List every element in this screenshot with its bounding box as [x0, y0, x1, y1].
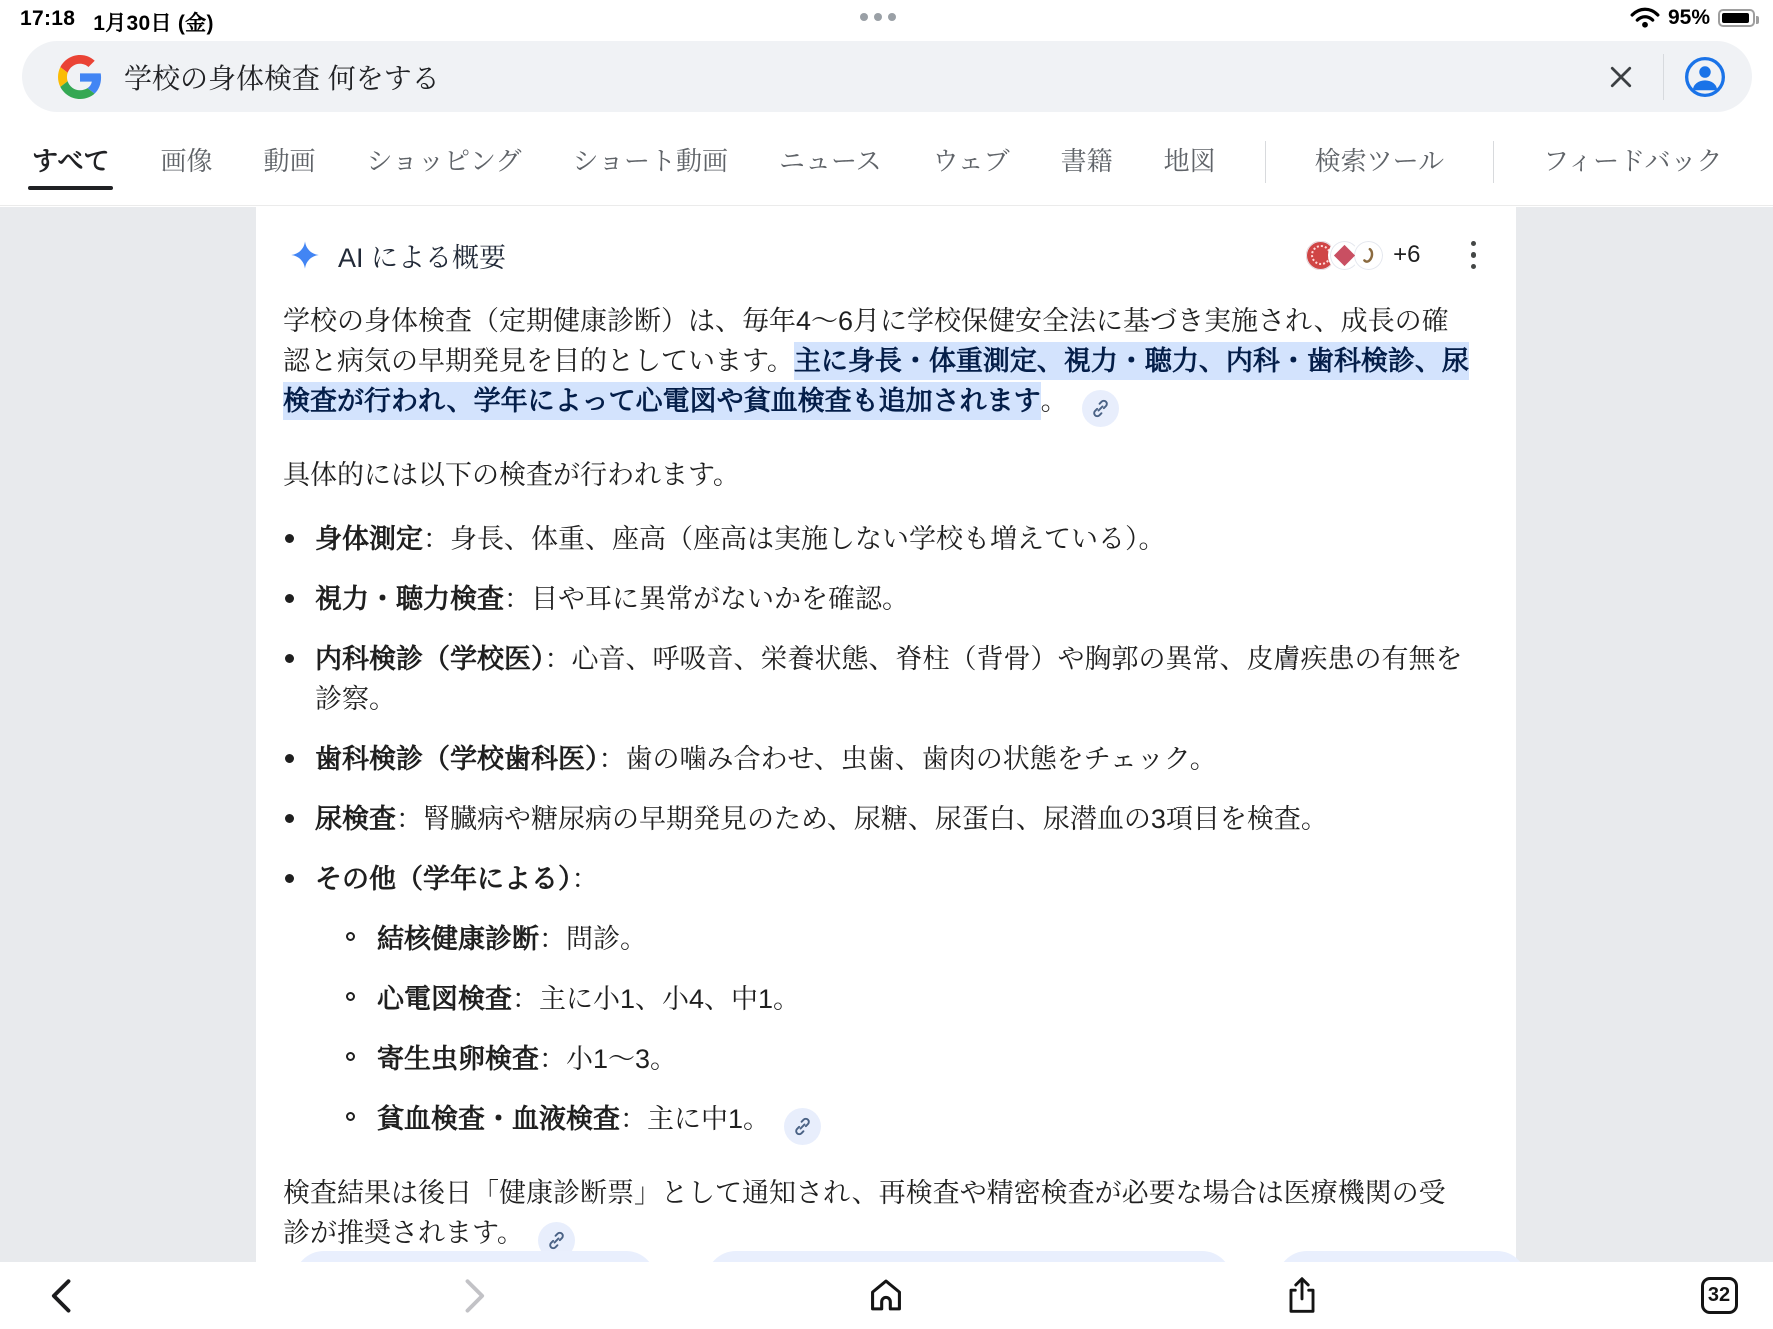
- wifi-icon: [1630, 7, 1660, 29]
- multitask-dots-icon[interactable]: [860, 13, 896, 21]
- list-item: 内科検診（学校医）：心音、呼吸音、栄養状態、脊柱（背骨）や胸郭の異常、皮膚疾患の…: [283, 639, 1470, 719]
- battery-icon: [1718, 9, 1755, 27]
- tab-all[interactable]: すべて: [30, 121, 111, 202]
- home-icon[interactable]: [861, 1270, 911, 1320]
- exam-list: 身体測定：身長、体重、座高（座高は実施しない学校も増えている）。 視力・聴力検査…: [283, 519, 1470, 1145]
- search-input[interactable]: 学校の身体検査 何をする: [22, 41, 1752, 112]
- ai-overview-intro: 学校の身体検査（定期健康診断）は、毎年4〜6月に学校保健安全法に基づき実施され、…: [283, 301, 1470, 427]
- hollow-bullet-icon: [346, 932, 355, 941]
- list-item: 寄生虫卵検査：小1〜3。: [345, 1039, 1470, 1079]
- bullet-icon: [285, 874, 294, 883]
- bullet-icon: [285, 534, 294, 543]
- battery-percent: 95%: [1668, 6, 1710, 30]
- sub-exam-list: 結核健康診断：問診。 心電図検査：主に小1、小4、中1。 寄生虫卵検査：小1〜3…: [345, 919, 1470, 1145]
- hollow-bullet-icon: [346, 1052, 355, 1061]
- tab-shopping[interactable]: ショッピング: [365, 121, 524, 202]
- list-item: 歯科検診（学校歯科医）：歯の噛み合わせ、虫歯、歯肉の状態をチェック。: [283, 739, 1470, 779]
- tab-news[interactable]: ニュース: [777, 121, 884, 202]
- tab-images[interactable]: 画像: [158, 121, 214, 202]
- list-item: その他（学年による）： 結核健康診断：問診。 心電図検査：主に小1、小4、中1。…: [283, 859, 1470, 1145]
- ai-overview-title: AI による概要: [338, 236, 506, 275]
- bullet-icon: [285, 814, 294, 823]
- tab-count: 32: [1701, 1277, 1738, 1314]
- source-avatar: [1352, 239, 1385, 272]
- date: 1月30日 (金): [93, 7, 214, 37]
- clear-search-icon[interactable]: [1599, 55, 1643, 99]
- tab-search-tools[interactable]: 検索ツール: [1313, 121, 1446, 202]
- account-icon[interactable]: [1684, 56, 1726, 98]
- google-logo-icon: [58, 55, 102, 99]
- more-sources-count[interactable]: +6: [1393, 241, 1420, 269]
- divider: [1663, 54, 1664, 100]
- tab-web[interactable]: ウェブ: [931, 121, 1012, 202]
- bullet-icon: [285, 654, 294, 663]
- citation-link-icon[interactable]: [784, 1108, 821, 1145]
- ai-overview-header: AI による概要 +6: [256, 207, 1516, 279]
- closing-sentence: 検査結果は後日「健康診断票」として通知され、再検査や精密検査が必要な場合は医療機…: [283, 1173, 1470, 1259]
- status-bar: 17:18 1月30日 (金) 95%: [0, 0, 1773, 36]
- tab-short-videos[interactable]: ショート動画: [570, 121, 729, 202]
- tab-maps[interactable]: 地図: [1162, 121, 1218, 202]
- lead-sentence: 具体的には以下の検査が行われます。: [283, 455, 1470, 495]
- list-item: 結核健康診断：問診。: [345, 919, 1470, 959]
- tab-books[interactable]: 書籍: [1059, 121, 1115, 202]
- browser-toolbar: 32: [0, 1262, 1773, 1329]
- gemini-sparkle-icon: [290, 240, 320, 270]
- list-item: 貧血検査・血液検査：主に中1。: [345, 1099, 1470, 1145]
- divider: [1493, 141, 1494, 183]
- citation-link-icon[interactable]: [1082, 390, 1119, 427]
- divider: [1265, 141, 1266, 183]
- list-item: 視力・聴力検査：目や耳に異常がないかを確認。: [283, 579, 1470, 619]
- forward-icon[interactable]: [448, 1270, 498, 1320]
- results-area: AI による概要 +6 学校の身体検査（定期健康診断）は、毎年4〜6月に学校保健…: [0, 207, 1773, 1262]
- list-item: 心電図検査：主に小1、小4、中1。: [345, 979, 1470, 1019]
- back-icon[interactable]: [38, 1270, 88, 1320]
- hollow-bullet-icon: [346, 992, 355, 1001]
- bullet-icon: [285, 594, 294, 603]
- bullet-icon: [285, 754, 294, 763]
- list-item: 尿検査：腎臓病や糖尿病の早期発見のため、尿糖、尿蛋白、尿潜血の3項目を検査。: [283, 799, 1470, 839]
- more-menu-icon[interactable]: [1465, 235, 1483, 276]
- share-icon[interactable]: [1277, 1270, 1327, 1320]
- list-item: 身体測定：身長、体重、座高（座高は実施しない学校も増えている）。: [283, 519, 1470, 559]
- search-query-text: 学校の身体検査 何をする: [124, 57, 1599, 97]
- tab-switcher-icon[interactable]: 32: [1694, 1270, 1744, 1320]
- source-avatars[interactable]: [1304, 239, 1385, 272]
- tab-videos[interactable]: 動画: [262, 121, 318, 202]
- tab-feedback[interactable]: フィードバック: [1541, 121, 1724, 202]
- clock: 17:18: [20, 7, 75, 37]
- ai-overview-card: AI による概要 +6 学校の身体検査（定期健康診断）は、毎年4〜6月に学校保健…: [256, 207, 1516, 1262]
- hollow-bullet-icon: [346, 1112, 355, 1121]
- search-tabs: すべて 画像 動画 ショッピング ショート動画 ニュース ウェブ 書籍 地図 検…: [0, 118, 1773, 206]
